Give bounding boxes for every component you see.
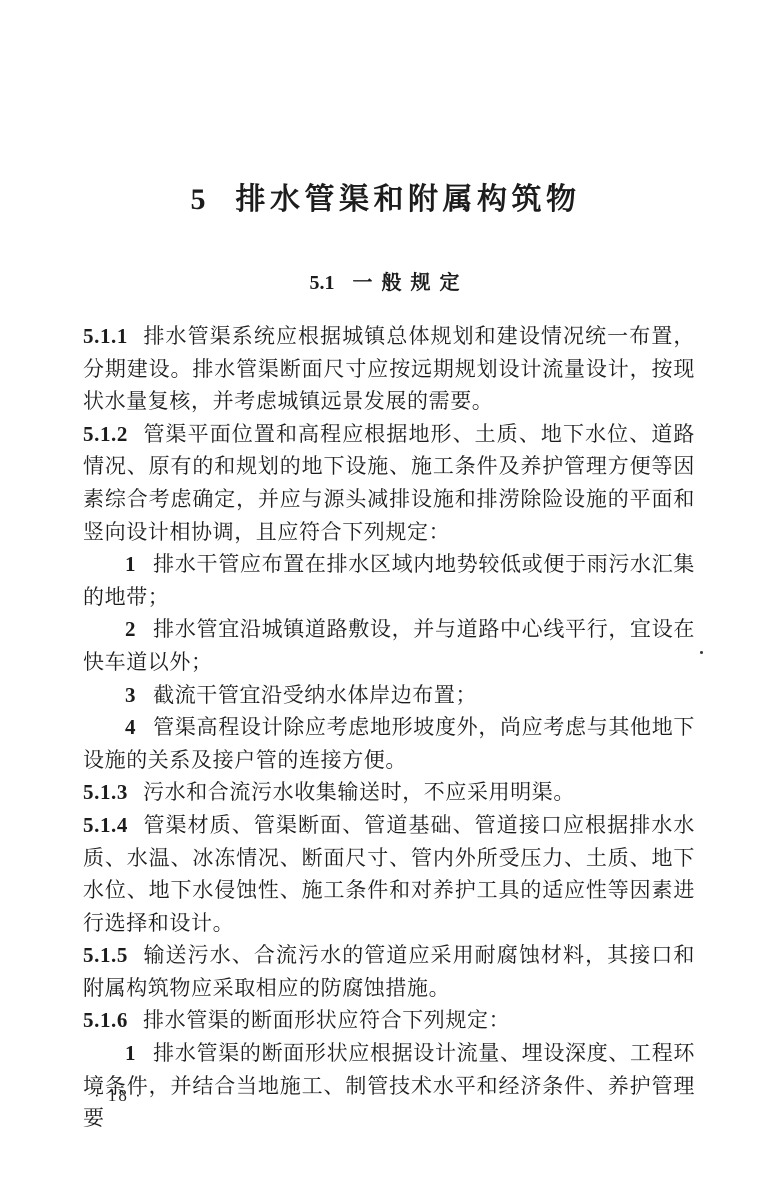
item-text: 排水干管应布置在排水区域内地势较低或便于雨污水汇集的地带； bbox=[83, 552, 695, 609]
document-page: 5排水管渠和附属构筑物 5.1一 般 规 定 5.1.1排水管渠系统应根据城镇总… bbox=[0, 0, 771, 1186]
clause-5-1-2-item-4: 4管渠高程设计除应考虑地形坡度外，尚应考虑与其他地下设施的关系及接户管的连接方便… bbox=[83, 711, 695, 776]
item-number: 1 bbox=[125, 1041, 153, 1065]
clause-text: 排水管渠的断面形状应符合下列规定： bbox=[143, 1008, 510, 1032]
clause-number: 5.1.4 bbox=[83, 813, 143, 837]
clause-number: 5.1.1 bbox=[83, 324, 143, 348]
scan-speck-dot bbox=[700, 651, 703, 654]
clause-text: 污水和合流污水收集输送时，不应采用明渠。 bbox=[143, 780, 575, 804]
clause-5-1-6: 5.1.6排水管渠的断面形状应符合下列规定： bbox=[83, 1004, 695, 1037]
clause-number: 5.1.2 bbox=[83, 422, 143, 446]
clause-text: 输送污水、合流污水的管道应采用耐腐蚀材料，其接口和附属构筑物应采取相应的防腐蚀措… bbox=[83, 943, 695, 1000]
clause-text: 管渠材质、管渠断面、管道基础、管道接口应根据排水水质、水温、冰冻情况、断面尺寸、… bbox=[83, 813, 695, 935]
clause-5-1-2: 5.1.2管渠平面位置和高程应根据地形、土质、地下水位、道路情况、原有的和规划的… bbox=[83, 418, 695, 548]
clause-number: 5.1.3 bbox=[83, 780, 143, 804]
chapter-number: 5 bbox=[191, 183, 206, 216]
clause-5-1-1: 5.1.1排水管渠系统应根据城镇总体规划和建设情况统一布置，分期建设。排水管渠断… bbox=[83, 320, 695, 418]
section-heading: 5.1一 般 规 定 bbox=[0, 270, 771, 296]
page-number: · 18 · bbox=[94, 1085, 143, 1106]
chapter-title: 排水管渠和附属构筑物 bbox=[236, 183, 581, 216]
item-number: 2 bbox=[125, 617, 153, 641]
clause-number: 5.1.5 bbox=[83, 943, 143, 967]
section-number: 5.1 bbox=[310, 272, 335, 294]
item-text: 截流干管宜沿受纳水体岸边布置； bbox=[153, 683, 477, 707]
item-text: 管渠高程设计除应考虑地形坡度外，尚应考虑与其他地下设施的关系及接户管的连接方便。 bbox=[83, 715, 695, 772]
item-text: 排水管渠的断面形状应根据设计流量、埋设深度、工程环境条件，并结合当地施工、制管技… bbox=[83, 1041, 695, 1130]
clause-5-1-6-item-1: 1排水管渠的断面形状应根据设计流量、埋设深度、工程环境条件，并结合当地施工、制管… bbox=[83, 1037, 695, 1135]
item-number: 4 bbox=[125, 715, 153, 739]
clause-5-1-2-item-1: 1排水干管应布置在排水区域内地势较低或便于雨污水汇集的地带； bbox=[83, 548, 695, 613]
item-text: 排水管宜沿城镇道路敷设，并与道路中心线平行，宜设在快车道以外； bbox=[83, 617, 695, 674]
clause-5-1-3: 5.1.3污水和合流污水收集输送时，不应采用明渠。 bbox=[83, 776, 695, 809]
clause-text: 管渠平面位置和高程应根据地形、土质、地下水位、道路情况、原有的和规划的地下设施、… bbox=[83, 422, 695, 544]
section-title: 一 般 规 定 bbox=[353, 272, 462, 294]
item-number: 3 bbox=[125, 683, 153, 707]
clause-5-1-2-item-2: 2排水管宜沿城镇道路敷设，并与道路中心线平行，宜设在快车道以外； bbox=[83, 613, 695, 678]
clause-text: 排水管渠系统应根据城镇总体规划和建设情况统一布置，分期建设。排水管渠断面尺寸应按… bbox=[83, 324, 695, 413]
clause-5-1-2-item-3: 3截流干管宜沿受纳水体岸边布置； bbox=[83, 679, 695, 712]
chapter-heading: 5排水管渠和附属构筑物 bbox=[0, 182, 771, 218]
clause-number: 5.1.6 bbox=[83, 1008, 143, 1032]
clause-5-1-4: 5.1.4管渠材质、管渠断面、管道基础、管道接口应根据排水水质、水温、冰冻情况、… bbox=[83, 809, 695, 939]
body-text: 5.1.1排水管渠系统应根据城镇总体规划和建设情况统一布置，分期建设。排水管渠断… bbox=[83, 320, 695, 1135]
item-number: 1 bbox=[125, 552, 153, 576]
clause-5-1-5: 5.1.5输送污水、合流污水的管道应采用耐腐蚀材料，其接口和附属构筑物应采取相应… bbox=[83, 939, 695, 1004]
